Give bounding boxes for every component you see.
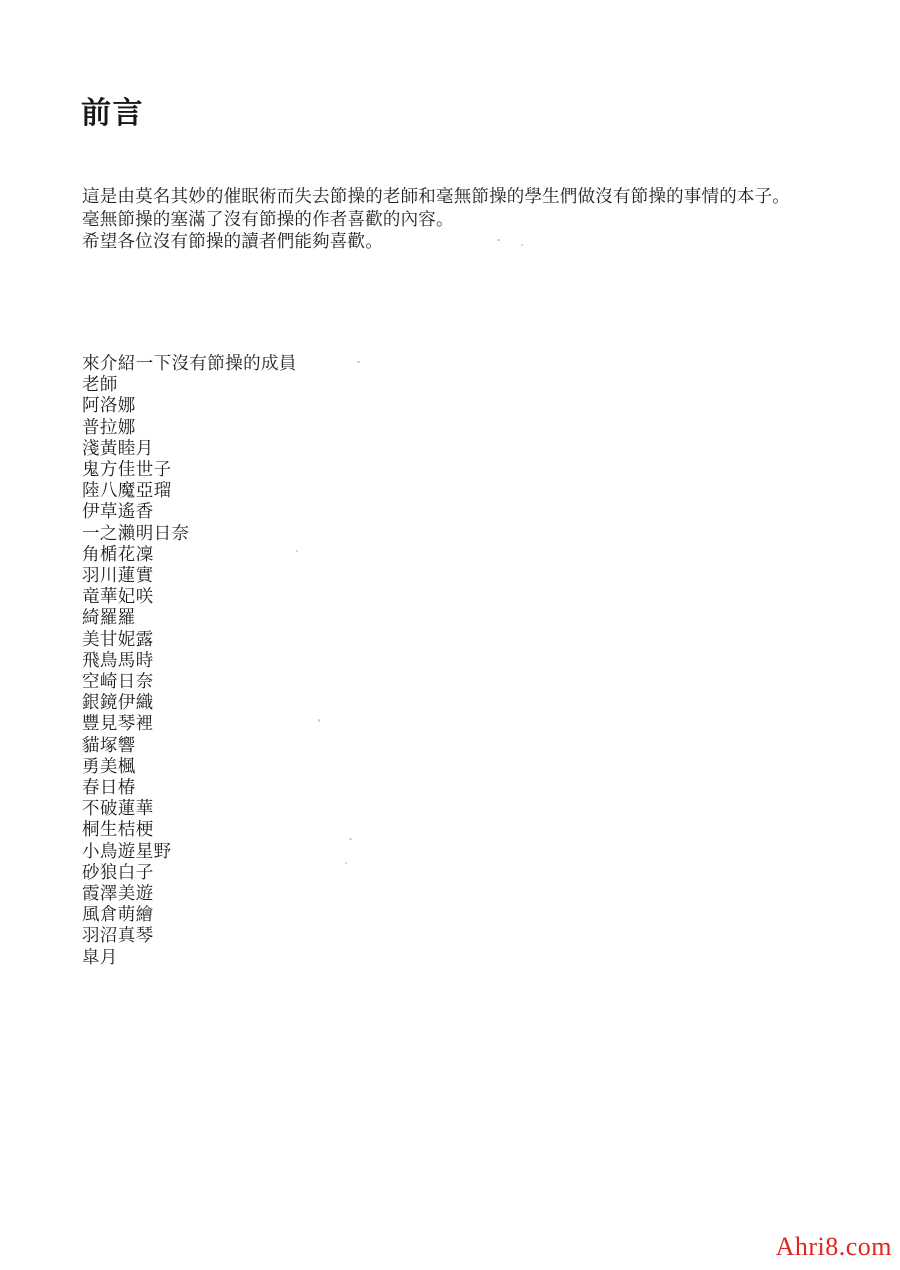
members-heading: 來介紹一下沒有節操的成員 xyxy=(82,353,297,374)
scan-speckle xyxy=(497,239,500,241)
member-name: 霞澤美遊 xyxy=(82,883,297,904)
scanned-page: 前言 這是由莫名其妙的催眠術而失去節操的老師和毫無節操的學生們做沒有節操的事情的… xyxy=(0,0,900,1270)
scan-speckle xyxy=(521,244,523,246)
scan-speckle xyxy=(357,361,360,363)
scan-speckle xyxy=(345,862,347,864)
scan-speckle xyxy=(296,550,298,552)
member-name: 空崎日奈 xyxy=(82,671,297,692)
intro-line: 毫無節操的塞滿了沒有節操的作者喜歡的內容。 xyxy=(82,208,790,231)
member-name: 貓塚響 xyxy=(82,735,297,756)
member-name: 鬼方佳世子 xyxy=(82,459,297,480)
member-name: 綺羅羅 xyxy=(82,607,297,628)
member-name: 銀鏡伊織 xyxy=(82,692,297,713)
member-name: 老師 xyxy=(82,374,297,395)
member-name: 羽沼真琴 xyxy=(82,925,297,946)
member-name: 伊草遙香 xyxy=(82,501,297,522)
member-name: 陸八魔亞瑠 xyxy=(82,480,297,501)
member-name: 阿洛娜 xyxy=(82,395,297,416)
member-name: 角楯花凜 xyxy=(82,544,297,565)
member-name: 淺黃睦月 xyxy=(82,438,297,459)
members-list: 老師阿洛娜普拉娜淺黃睦月鬼方佳世子陸八魔亞瑠伊草遙香一之瀨明日奈角楯花凜羽川蓮實… xyxy=(82,374,297,968)
intro-line: 這是由莫名其妙的催眠術而失去節操的老師和毫無節操的學生們做沒有節操的事情的本子。 xyxy=(82,185,790,208)
scan-speckle xyxy=(318,719,320,722)
member-name: 一之瀨明日奈 xyxy=(82,523,297,544)
member-name: 美甘妮露 xyxy=(82,629,297,650)
member-name: 羽川蓮實 xyxy=(82,565,297,586)
scan-speckle xyxy=(349,838,352,840)
intro-line: 希望各位沒有節操的讀者們能夠喜歡。 xyxy=(82,230,790,253)
member-name: 普拉娜 xyxy=(82,417,297,438)
member-name: 春日椿 xyxy=(82,777,297,798)
member-name: 豐見琴裡 xyxy=(82,713,297,734)
member-name: 風倉萌繪 xyxy=(82,904,297,925)
members-block: 來介紹一下沒有節操的成員 老師阿洛娜普拉娜淺黃睦月鬼方佳世子陸八魔亞瑠伊草遙香一… xyxy=(82,353,297,968)
member-name: 竜華妃咲 xyxy=(82,586,297,607)
member-name: 不破蓮華 xyxy=(82,798,297,819)
member-name: 皐月 xyxy=(82,947,297,968)
intro-paragraph: 這是由莫名其妙的催眠術而失去節操的老師和毫無節操的學生們做沒有節操的事情的本子。… xyxy=(82,185,790,253)
member-name: 小鳥遊星野 xyxy=(82,841,297,862)
member-name: 砂狼白子 xyxy=(82,862,297,883)
member-name: 勇美楓 xyxy=(82,756,297,777)
member-name: 飛鳥馬時 xyxy=(82,650,297,671)
page-title: 前言 xyxy=(81,88,144,132)
site-watermark: Ahri8.com xyxy=(776,1232,892,1262)
member-name: 桐生桔梗 xyxy=(82,819,297,840)
